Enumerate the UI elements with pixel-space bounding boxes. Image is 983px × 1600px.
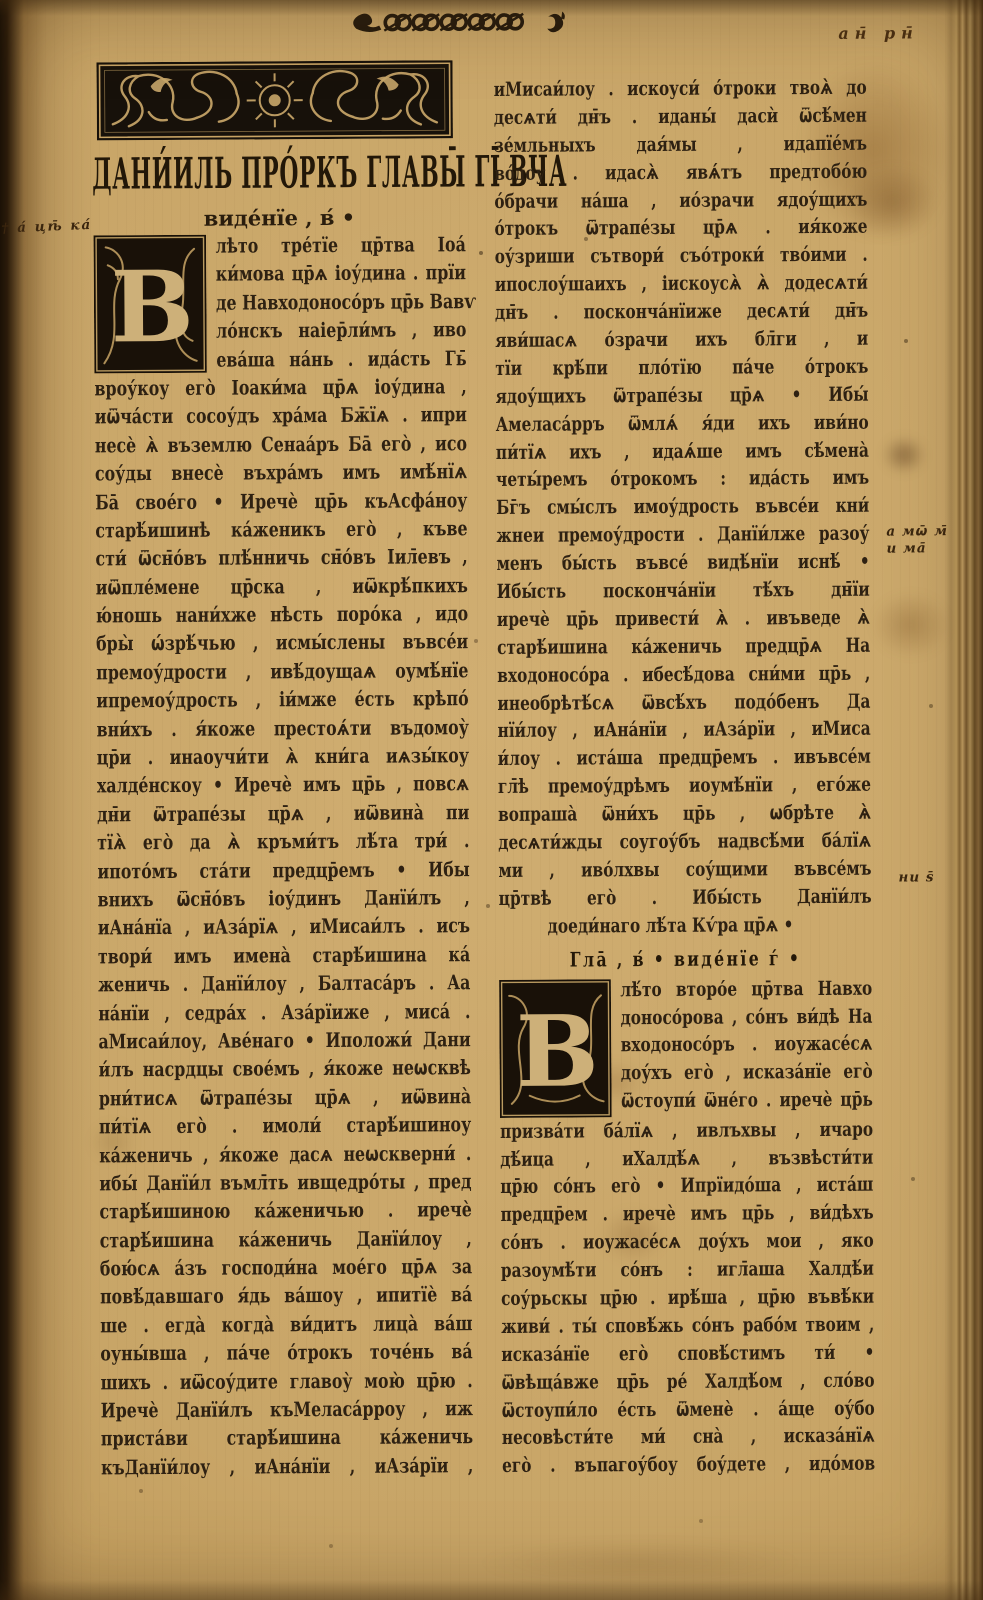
text-line: вопраша̀ ѿни́хъ цр̄ь , ѡбрѣте ѧ̀ (498, 799, 871, 829)
text-line: его̀ . въпагоу́боу боу́дете , идо́мов (502, 1450, 875, 1480)
text-line: Иречѐ Данїи́лъ къМеласа́рроу , иж (101, 1394, 473, 1425)
floral-woodcut-icon (96, 60, 452, 140)
scanned-content: ан̄ рн̄ (0, 0, 983, 1600)
dropcap-letter: В (110, 250, 194, 365)
text-line: ю́ношь нани́хже нѣсть поро́ка , идо (96, 599, 468, 630)
text-line: ипремоу́дрость , іи́мже е́сть крѣпо́ (96, 684, 468, 715)
text-line: ка́женичь , я́коже дасѧ неѡскверни́ . (99, 1139, 471, 1170)
text-line: цр̄ю со́нъ его̀ • Ипрїидо́ша , иста́ш (500, 1171, 873, 1201)
text-line: ѿстоупи́ло е́сть ѿменѐ . а́ще оу́бо (502, 1394, 875, 1424)
text-line: менъ бы́сть въвсе́ видѣ́нїи иснѣ́ • (496, 548, 869, 578)
text-line: внихъ ѿсн̄о́въ іоу́динъ Данїи́лъ , (98, 883, 470, 914)
text-line: десѧти́ дн̄ъ . иданы́ дасѝ ѿсѣ́мен (494, 102, 867, 132)
text-line: жнеи премоу́дрости . Данїи́лже разоу́ (496, 520, 869, 550)
text-line: бою́сѧ а́зъ господи́на мое́го цр̄ѧ за (100, 1252, 472, 1283)
text-line: исказа́нїе его̀ сповѣ́стимъ ти́ • (501, 1338, 874, 1368)
text-line: со́нъ . иоужасе́сѧ доу́хъ мои , яко (501, 1227, 874, 1257)
text-line: гл̄ѣ премоу́дрѣмъ иоумѣ́нїи , его́же (498, 771, 871, 801)
text-line: Бг̄ъ смы́слъ имоу́дрость въвсе́и кни́ (496, 492, 869, 522)
text-line: ядоу́щихъ ѿтрапе́зы цр̄ѧ • Ибы́ (495, 380, 868, 410)
indented-closing-line: доеди́наго лѣ́та Кѵ́ра цр̄ѧ • (499, 910, 872, 940)
text-line: рни́тисѧ ѿтрапе́зы цр̄ѧ , иѿвина̀ (99, 1082, 471, 1113)
text-line: и́лъ насрдцы свое́мъ , я́коже неѡсквѣ (99, 1053, 471, 1084)
text-line: старѣ́ишина ка́женичь предцр̄ѧ На (497, 631, 870, 661)
text-line: оуны́вша , па́че о́трокъ точе́нь ва́ (100, 1337, 472, 1368)
chapter-heading: Гла̄ , в́ • виде́нїе ѓ • (499, 940, 872, 976)
text-line: о́трокъ ѿтрапе́зы цр̄ѧ . ия́коже (494, 213, 867, 243)
text-line: нїи́лоу , иАна́нїи , иАза́рїи , иМиса (497, 715, 870, 745)
text-line: ше . егда̀ когда̀ ви́дитъ лица̀ ва́ш (100, 1309, 472, 1340)
text-line: цр̄твѣ его̀ . Ибы́сть Данїи́лъ (499, 883, 872, 913)
text-line: предцр̄ем . иречѐ имъ цр̄ь , ви́дѣхъ (500, 1199, 873, 1229)
ink-specks (0, 0, 2, 2)
text-line: несовѣсти́те ми́ сна̀ , исказа́нїѧ (502, 1422, 875, 1452)
text-line: ѿвѣща́вже цр̄ь ре́ Халдѣ́ом , сло́во (501, 1366, 874, 1396)
body-lines: вроу́коу его̀ Іоаки́ма цр̄ѧ іоу́дина ,иѿ… (94, 372, 473, 1481)
text-line: зе́мльныхъ дая́мы , идапїе́мъ (494, 129, 867, 159)
text-line: къДанїи́лоу , иАна́нїи , иАза́рїи , (101, 1451, 473, 1482)
text-line: Амеласа́рръ ѿмлѧ́ я́ди ихъ иви́но (496, 408, 869, 438)
text-line: женичь . Данїи́лоу , Балтаса́ръ . Аа (98, 968, 470, 999)
text-line: вни́хъ . я́коже престоѧ́ти въдомоу̀ (96, 713, 468, 744)
text-line: цр̄и . инаоучи́ти ѧ̀ кни́га иѧзы́коу (97, 741, 469, 772)
text-line: вроу́коу его̀ Іоаки́ма цр̄ѧ іоу́дина , (94, 372, 466, 403)
text-line: живи́ . ты́ сповѣ́жь со́нъ рабо́м твоим … (501, 1311, 874, 1341)
text-line: старѣ́ишиною ка́женичью . иречѐ (99, 1195, 471, 1226)
text-line: приста́ви старѣ́ишина ка́женичь (101, 1423, 473, 1454)
text-line: ибы́ Данїи́л въмл̄ть ивщедро́ты , пред (99, 1167, 471, 1198)
dropcap-initial: В (499, 979, 612, 1118)
text-line: тїи крѣ́пи пло́тїю па́че о́трокъ (495, 353, 868, 383)
body-lines: иМисаи́лоу . искоуси́ о́троки твоѧ̀ доде… (494, 74, 872, 913)
text-line: дн̄и ѿтрапе́зы цр̄ѧ , иѿвина̀ пи (97, 798, 469, 829)
text-line: о́брачи на́ша , ио́зрачи ядоу́щихъ (494, 185, 867, 215)
margin-note-right-2: ни ѕ̄ (898, 869, 934, 886)
book-page: ан̄ рн̄ (0, 0, 983, 1600)
text-line: соу́ды внесѐ въхра́мъ имъ имѣ́нїѧ (95, 457, 467, 488)
text-line: на́нїи , седра́х . Аза́рїиже , миса́ . (98, 997, 470, 1028)
dropcap-initial: В (94, 235, 207, 374)
text-line: пи́тїѧ его̀ . имоли́ старѣ́ишиноу (99, 1110, 471, 1141)
margin-note-line: и ма̄ (886, 540, 948, 557)
text-line: старѣ́ишинѣ ка́женикъ его̀ , къве (95, 514, 467, 545)
text-line: иМисаи́лоу . искоуси́ о́троки твоѧ̀ до (494, 74, 867, 104)
text-line: Ба̄ свое́го • Иречѐ цр̄ь къАсфа́ноу (95, 486, 467, 517)
headpiece-woodcut (96, 60, 452, 140)
text-line: несѐ ѧ̀ въземлю Сенаа́ръ Ба̄ его̀ , исо (95, 429, 467, 460)
text-line: оу́зриши сътвори́ съо́троки́ тво́ими . (495, 241, 868, 271)
ornament-icon (352, 8, 567, 37)
text-line: халде́нскоу • Иречѐ имъ цр̄ь , повсѧ (97, 770, 469, 801)
text-column-right: иМисаи́лоу . искоуси́ о́троки твоѧ̀ доде… (494, 74, 876, 1480)
margin-note-left: † а́ цѣ̄ ка́ (1, 217, 92, 238)
body-lines: призва́ти ба́лїѧ , ивлъхвы , ичародѣ́ица… (500, 1115, 875, 1480)
text-line: Ибы́сть посконча́нїи тѣ́хъ дн̄їи (497, 576, 870, 606)
folio-mark: ан̄ рн̄ (838, 23, 958, 43)
text-line: сти́ ѿсн̄о́въ плѣ́нничь сн̄о́въ Іил̄евъ … (95, 542, 467, 573)
text-line: четы́ремъ о́трокомъ : ида́сть имъ (496, 464, 869, 494)
text-line: бры̀ ѡ́зрѣ́чью , исмы́слены въвсе́и (96, 628, 468, 659)
text-line: премоу́дрости , ивѣ́доущаѧ оумѣ́нїе (96, 656, 468, 687)
text-column-left: В лѣто тре́тїе цр̄тва Іоа́ки́мова цр̄ѧ і… (94, 230, 474, 1481)
ornate-initial-icon: В (94, 235, 207, 374)
dropcap-letter: В (516, 994, 599, 1110)
text-line: иѿча́сти сосоу́дъ хра́ма Бж̄їѧ . ипри (95, 400, 467, 431)
text-line: старѣ́ишина ка́женичь Данїи́лоу , (100, 1224, 472, 1255)
text-line: во́доу . идасѧ̀ явѧ́тъ предтобо́ю (494, 157, 867, 187)
text-line: разоумѣ́ти со́нъ : игл̄аша Халдѣ́и (501, 1255, 874, 1285)
text-line: ипослоу́шаихъ , іискоусѧ̀ ѧ̀ додесѧти́ (495, 269, 868, 299)
text-line: ми , иво́лхвы соу́щими въвсе́мъ (498, 855, 871, 885)
text-line: иАна́нїа , иАза́рїѧ , иМисаи́лъ . исъ (98, 912, 470, 943)
text-line: ипото́мъ ста́ти предцр̄емъ • Ибы (97, 855, 469, 886)
margin-note-line: а мѡ̄ м̄ (886, 523, 948, 540)
chapter-title: ДАНИ́ИЛЬ ПРО́РКЪ ГЛАВЫ̄ ГІ̄ ВЧА (92, 146, 462, 199)
vision-subtitle: виде́нїе , в́ • (93, 204, 465, 231)
text-line: и́лоу . иста́ша предцр̄емъ . ивъвсе́м (498, 743, 871, 773)
text-line: входоносо́ра . ибесѣ́дова сни́ми цр̄ь , (497, 659, 870, 689)
text-line: яви́шасѧ о́зрачи ихъ бл̄ги , и (495, 325, 868, 355)
text-line: иѿпле́мене цр̄ска , иѿкрѣ́пкихъ (96, 571, 468, 602)
text-line: шихъ . иѿсоу́дите главоу̀ мою̀ цр̄ю . (100, 1366, 472, 1397)
text-line: твори́ имъ имена̀ старѣ́ишина ка́ (98, 940, 470, 971)
ornate-initial-icon: В (499, 979, 612, 1118)
text-line: тїѧ̀ его̀ да ѧ̀ кръми́тъ лѣ́та три́ . (97, 826, 469, 857)
text-line: иречѐ цр̄ь привести́ ѧ̀ . ивъведе ѧ̀ (497, 604, 870, 634)
text-line: десѧти́жды соугоу́бъ надвсѣ́ми ба́лїѧ (498, 827, 871, 857)
margin-note-right-1: а мѡ̄ м̄ и ма̄ (886, 523, 948, 557)
text-line: призва́ти ба́лїѧ , ивлъхвы , ичаро (500, 1115, 873, 1145)
text-line: пи́тїѧ ихъ , идаѧ́ше имъ сѣ́мена̀ (496, 436, 869, 466)
text-line: повѣ́давшаго я́дь ва́шоу , ипитїѐ ва́ (100, 1281, 472, 1312)
text-line: дѣ́ица , иХалдѣ́ѧ , възвѣсти́ти (500, 1143, 873, 1173)
text-line: соу́рьскы цр̄ю . ирѣ́ша , цр̄ю въвѣ́ки (501, 1283, 874, 1313)
text-line: аМисаи́лоу, Аве́наго • Иположи́ Дани (98, 1025, 470, 1056)
text-line: дн̄ъ . посконча́нїиже десѧти́ дн̄ъ (495, 297, 868, 327)
text-line: инеобрѣтѣ́сѧ ѿвсѣ́хъ подо́бенъ Да (497, 687, 870, 717)
printers-ornament-row (352, 8, 567, 37)
